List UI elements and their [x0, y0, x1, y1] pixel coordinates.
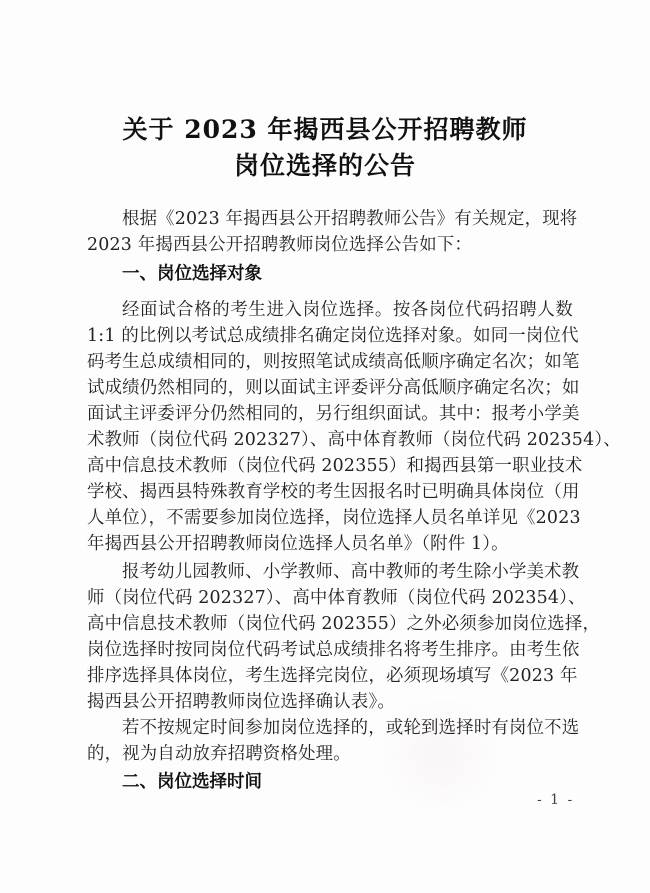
- paragraph-line: 若不按规定时间参加岗位选择的，或轮到选择时有岗位不选: [122, 716, 573, 740]
- paragraph-line: 报考幼儿园教师、小学教师、高中教师的考生除小学美术教: [122, 560, 573, 584]
- intro-line: 2023 年揭西县公开招聘教师岗位选择公告如下：: [87, 233, 573, 257]
- section-heading-time: 二、岗位选择时间: [122, 770, 262, 794]
- paragraph-line: 高中信息技术教师（岗位代码 202355）和揭西县第一职业技术: [87, 454, 573, 478]
- document-page: 关于 2023 年揭西县公开招聘教师 岗位选择的公告 根据《2023 年揭西县公…: [0, 0, 650, 893]
- paragraph-line: 1:1 的比例以考试总成绩排名确定岗位选择对象。如同一岗位代: [87, 324, 573, 348]
- paragraph-line: 师（岗位代码 202327）、高中体育教师（岗位代码 202354）、: [87, 586, 573, 610]
- paragraph-line: 的，视为自动放弃招聘资格处理。: [87, 742, 573, 766]
- document-title-line1: 关于 2023 年揭西县公开招聘教师: [0, 110, 650, 146]
- paragraph-line: 年揭西县公开招聘教师岗位选择人员名单》（附件 1）。: [87, 532, 573, 556]
- paragraph-line: 排序选择具体岗位，考生选择完岗位，必须现场填写《2023 年: [87, 664, 573, 688]
- paragraph-line: 面试主评委评分仍然相同的，另行组织面试。其中：报考小学美: [87, 402, 573, 426]
- section-heading-targets: 一、岗位选择对象: [122, 262, 262, 286]
- document-title-line2: 岗位选择的公告: [0, 146, 650, 182]
- paragraph-line: 学校、揭西县特殊教育学校的考生因报名时已明确具体岗位（用: [87, 480, 573, 504]
- paragraph-line: 人单位），不需要参加岗位选择，岗位选择人员名单详见《2023: [87, 506, 573, 530]
- paragraph-line: 经面试合格的考生进入岗位选择。按各岗位代码招聘人数: [122, 298, 573, 322]
- paragraph-line: 术教师（岗位代码 202327）、高中体育教师（岗位代码 202354）、: [87, 428, 573, 452]
- paragraph-line: 揭西县公开招聘教师岗位选择确认表》。: [87, 690, 573, 714]
- paragraph-line: 高中信息技术教师（岗位代码 202355）之外必须参加岗位选择，: [87, 612, 573, 636]
- page-number: - 1 -: [537, 792, 574, 808]
- paragraph-line: 试成绩仍然相同的，则以面试主评委评分高低顺序确定名次；如: [87, 376, 573, 400]
- paragraph-line: 岗位选择时按同岗位代码考试总成绩排名将考生排序。由考生依: [87, 638, 573, 662]
- paragraph-line: 码考生总成绩相同的，则按照笔试成绩高低顺序确定名次；如笔: [87, 350, 573, 374]
- intro-line: 根据《2023 年揭西县公开招聘教师公告》有关规定，现将: [122, 207, 573, 231]
